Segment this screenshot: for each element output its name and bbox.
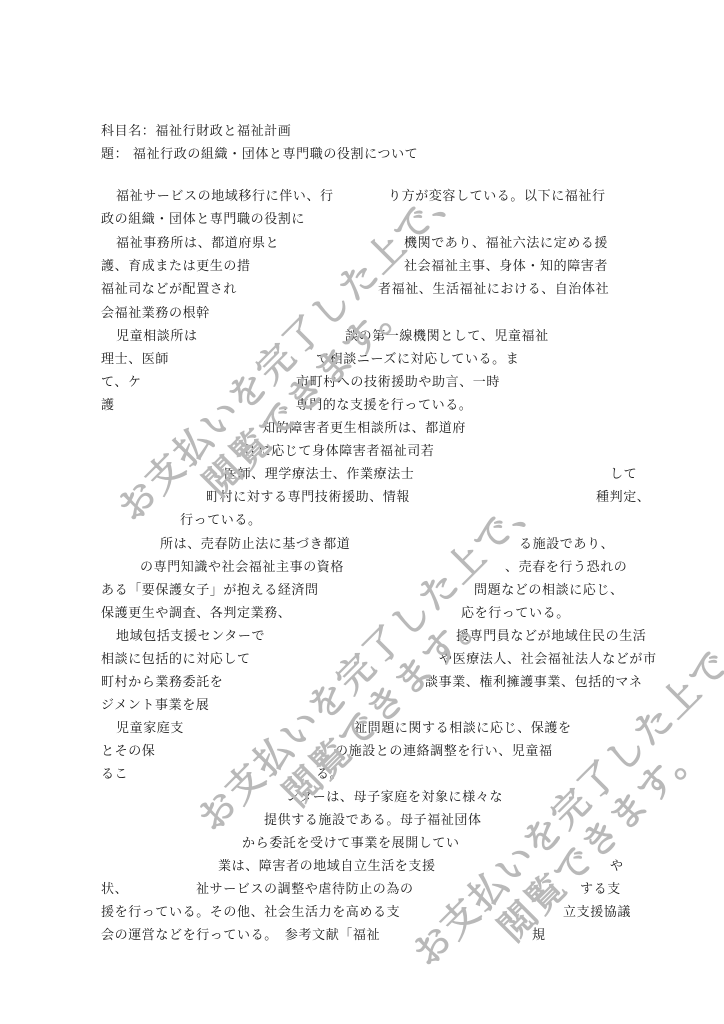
subject-line: 科目名：福祉行財政と福祉計画 (101, 124, 291, 140)
body-text-fragment: 談事業、権利擁護事業、包括的マネ (425, 675, 643, 691)
body-text-fragment: する支 (580, 882, 621, 898)
body-text-fragment: 地域包括支援センターで (116, 629, 265, 645)
body-text-fragment: 状、 (101, 882, 128, 898)
title-line: 題： 福祉行政の組織・団体と専門職の役割について (101, 147, 418, 163)
body-text-fragment: や医療法人、社会福祉法人などが市 (439, 652, 657, 668)
body-text-fragment: るこ (101, 767, 128, 783)
body-text-fragment: 護 (101, 398, 115, 414)
body-text-fragment: 福祉司などが配置され (101, 282, 237, 298)
body-text-fragment: とその保 (101, 744, 155, 760)
body-text-fragment: 会の運営などを行っている。 参考文献「福祉 (101, 928, 380, 944)
body-text-fragment: ジメント事業を展 (101, 698, 209, 714)
body-text-fragment: 護、育成または更生の措 (101, 259, 251, 275)
body-text-fragment: 援を行っている。その他、社会生活力を高める支 (101, 905, 400, 921)
body-text-fragment: や (610, 859, 624, 875)
watermark-3: お支払いを完了した上で、 閲覧できます。 (405, 615, 724, 1006)
body-text-fragment: 種判定、 (596, 490, 650, 506)
body-text-fragment: 相談に包括的に対応して (101, 652, 251, 668)
body-text-fragment: 会福祉業務の根幹 (101, 306, 210, 322)
body-text-fragment: ある「要保護女子」が抱える経済問 (101, 583, 319, 599)
body-text-fragment: 福祉サービスの地域移行に伴い、行 (116, 189, 334, 205)
body-text-fragment: 児童家庭支 (116, 721, 184, 737)
body-text-fragment: の専門知識や社会福祉主事の資格 (140, 560, 344, 576)
body-text-fragment: 祉サービスの調整や虐待防止の為の (196, 882, 414, 898)
body-text-fragment: て、ケ (101, 375, 142, 391)
body-text-fragment: 福祉事務所は、都道府県と (116, 236, 279, 252)
body-text-fragment: 立支援協議 (563, 905, 631, 921)
body-text-fragment: 児童相談所は (116, 329, 198, 345)
body-text-fragment: 町村から業務委託を (101, 675, 223, 691)
body-text-fragment: 理士、医師 (101, 352, 169, 368)
body-text-fragment: 保護更生や調査、各判定業務、 (101, 606, 291, 622)
body-text-fragment: 政の組織・団体と専門職の役割に (101, 212, 305, 228)
document-page: 科目名：福祉行財政と福祉計画 題： 福祉行政の組織・団体と専門職の役割について … (0, 0, 724, 1024)
body-text-fragment: して (610, 467, 637, 483)
